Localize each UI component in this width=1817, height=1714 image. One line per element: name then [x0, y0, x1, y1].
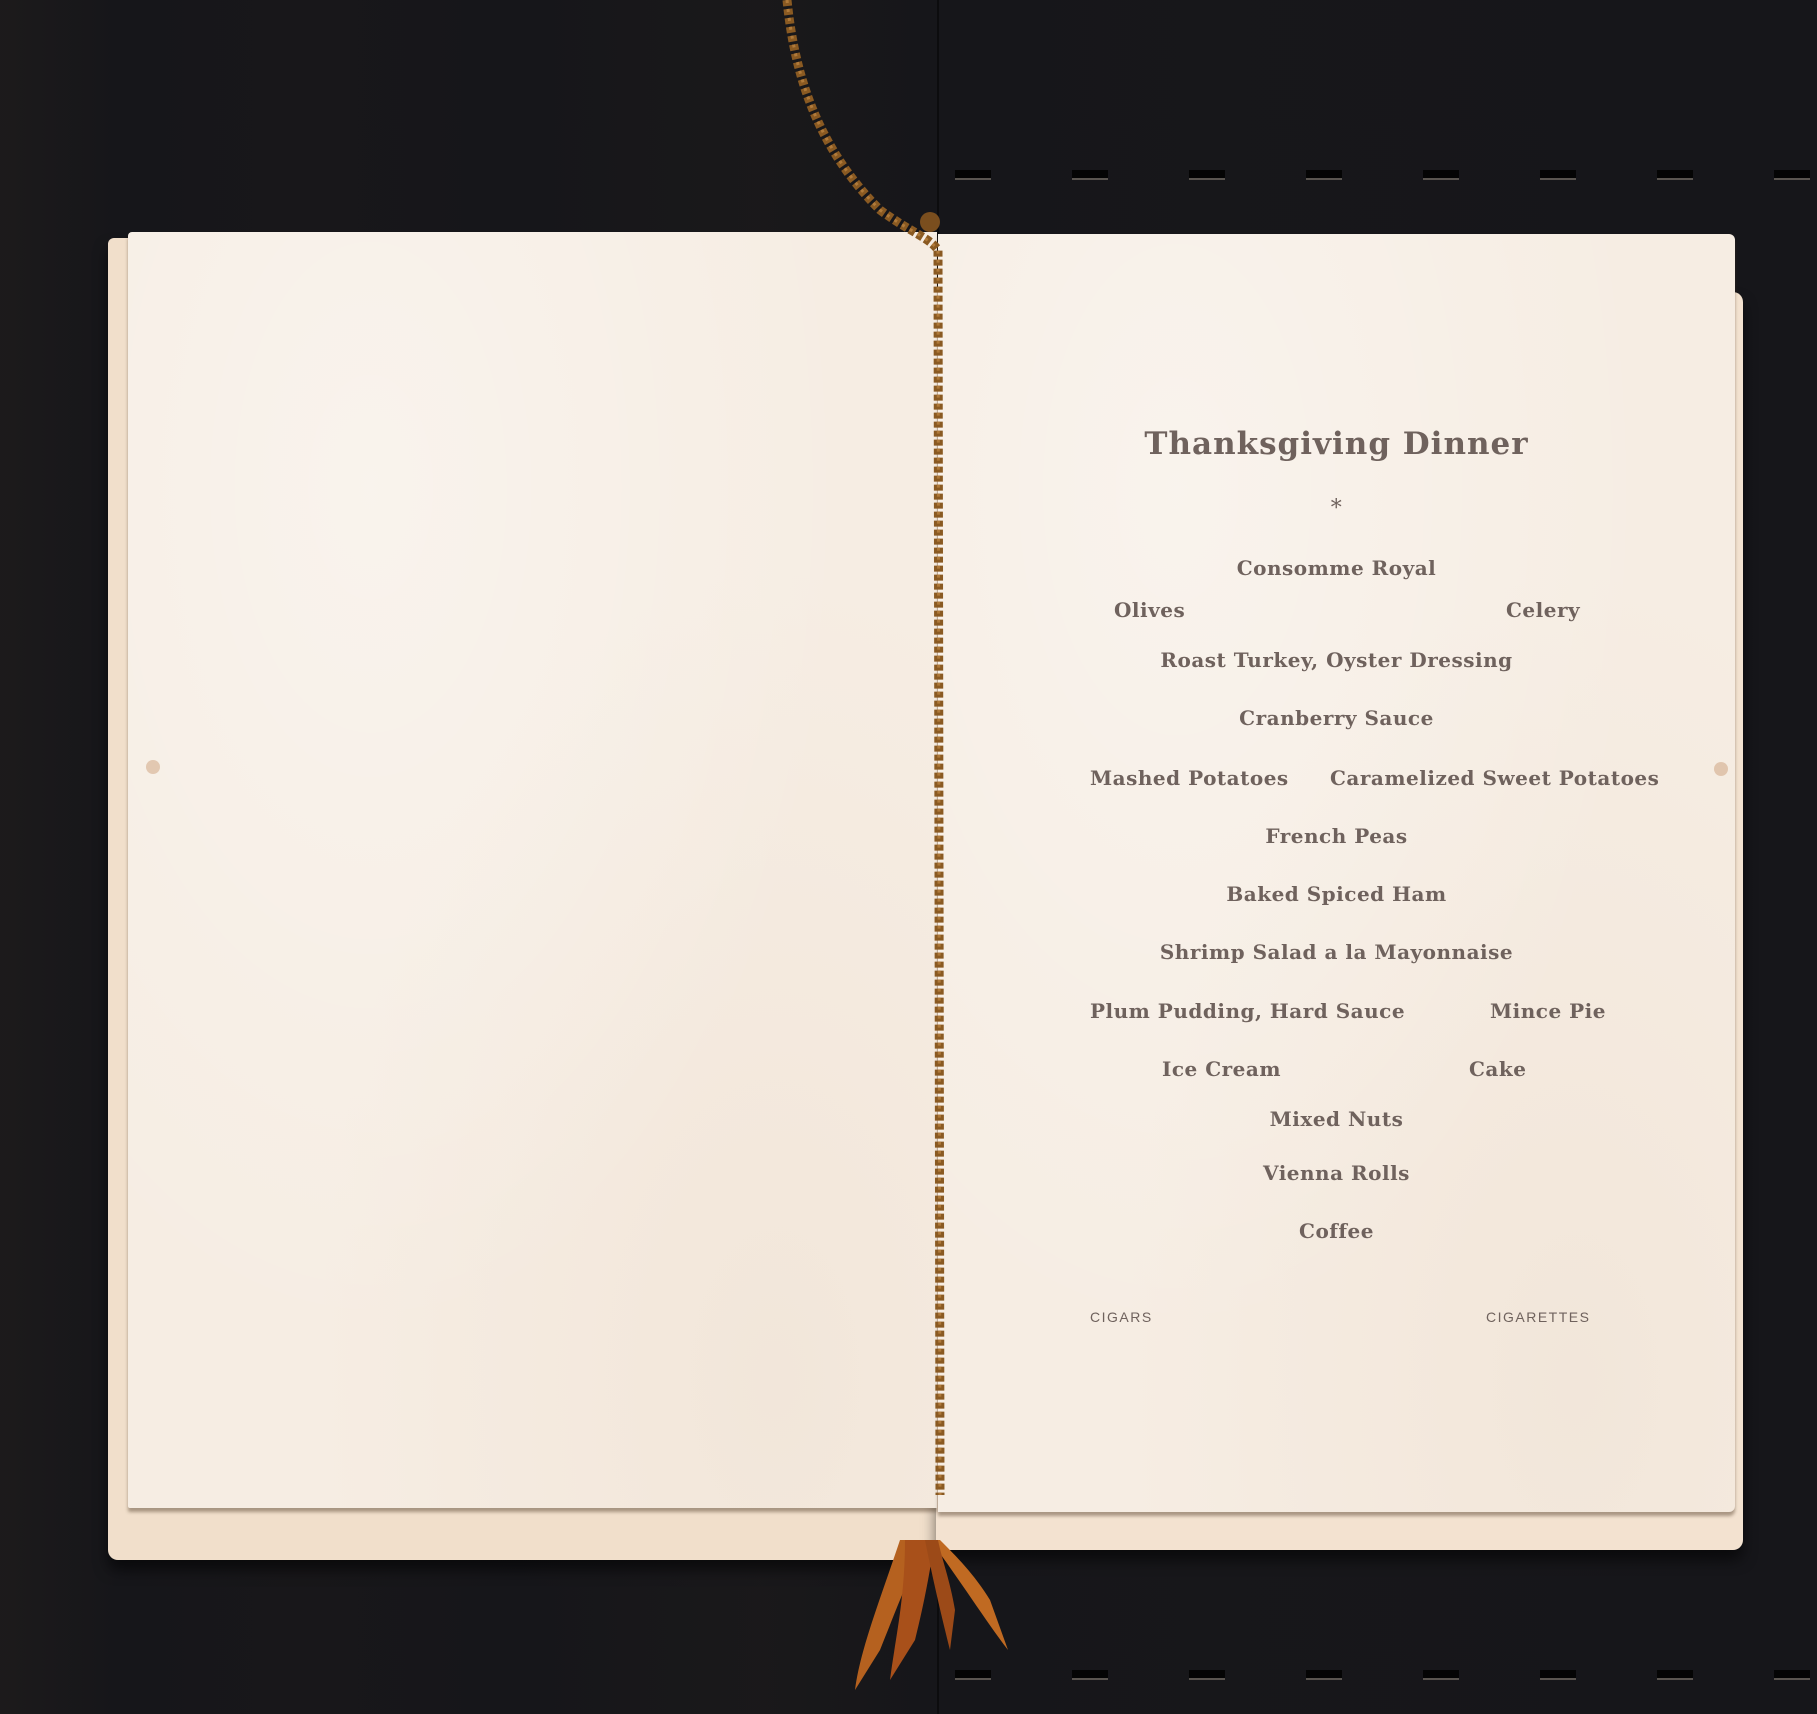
menu-item: Baked Spiced Ham — [938, 882, 1735, 906]
menu-item: Coffee — [938, 1219, 1735, 1243]
mount-slit — [1774, 1670, 1810, 1680]
menu-item-left: Mashed Potatoes — [1090, 766, 1289, 790]
menu-item: Vienna Rolls — [938, 1161, 1735, 1185]
mount-slit — [1657, 1670, 1693, 1680]
menu-item: Mixed Nuts — [938, 1107, 1735, 1131]
mount-slit — [1072, 170, 1108, 180]
mount-slit — [1423, 1670, 1459, 1680]
mount-slit — [1774, 170, 1810, 180]
mount-slit — [1306, 1670, 1342, 1680]
menu-item: Roast Turkey, Oyster Dressing — [938, 648, 1735, 672]
menu-title: Thanksgiving Dinner — [938, 426, 1735, 462]
foxing-stain — [146, 760, 160, 774]
mount-slit — [1423, 170, 1459, 180]
mount-slit-row-bottom — [955, 1670, 1817, 1680]
menu-item-right: Celery — [1506, 598, 1580, 622]
mount-slit — [1189, 1670, 1225, 1680]
tassel-icon — [855, 1540, 1008, 1690]
menu-item-right: Caramelized Sweet Potatoes — [1330, 766, 1659, 790]
mount-slit — [1306, 170, 1342, 180]
menu-item-right: Cake — [1469, 1057, 1526, 1081]
ornament-asterisk: * — [938, 496, 1735, 521]
mount-slit — [1540, 1670, 1576, 1680]
menu-item-right: Mince Pie — [1490, 999, 1606, 1023]
mount-slit — [1657, 170, 1693, 180]
mount-slit — [1189, 170, 1225, 180]
menu-item: Cranberry Sauce — [938, 706, 1735, 730]
menu-item-left: Ice Cream — [1162, 1057, 1281, 1081]
footer-left-text: Cigars — [1090, 1309, 1153, 1325]
left-page-blank — [128, 232, 937, 1508]
mount-slit-row-top — [955, 170, 1817, 180]
mount-slit — [1540, 170, 1576, 180]
menu-item-left: Plum Pudding, Hard Sauce — [1090, 999, 1405, 1023]
mount-slit — [955, 170, 991, 180]
mount-slit — [1072, 1670, 1108, 1680]
menu-item: Consomme Royal — [938, 556, 1735, 580]
menu-item: French Peas — [938, 824, 1735, 848]
menu-content: Thanksgiving Dinner * Consomme Royal Oli… — [938, 234, 1735, 1512]
footer-right-text: Cigarettes — [1486, 1309, 1590, 1325]
mount-slit — [955, 1670, 991, 1680]
menu-item-left: Olives — [1114, 598, 1185, 622]
menu-item: Shrimp Salad a la Mayonnaise — [938, 940, 1735, 964]
